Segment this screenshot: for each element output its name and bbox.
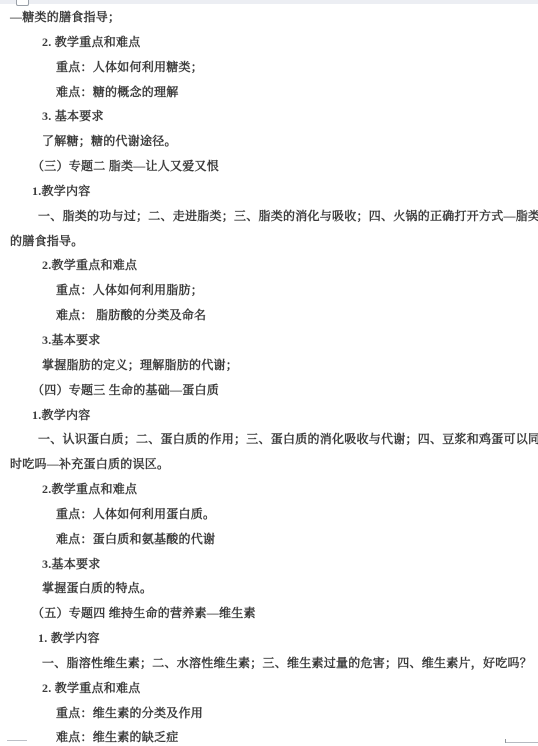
text-line: 1.教学内容: [0, 403, 538, 428]
text-line: 1. 教学内容: [0, 626, 538, 651]
text-line: 一、脂类的功与过；二、走进脂类；三、脂类的消化与吸收；四、火锅的正确打开方式—脂…: [0, 204, 538, 229]
text-line: 3.基本要求: [0, 552, 538, 577]
document-lines: —糖类的膳食指导；2. 教学重点和难点重点：人体如何利用糖类；难点：糖的概念的理…: [0, 5, 538, 746]
text-line: —糖类的膳食指导；: [0, 5, 538, 30]
text-line: 难点：糖的概念的理解: [0, 80, 538, 105]
text-line: 掌握脂肪的定义；理解脂肪的代谢；: [0, 353, 538, 378]
text-line: 1.教学内容: [0, 179, 538, 204]
text-line: 2.教学重点和难点: [0, 253, 538, 278]
text-line: 2.教学重点和难点: [0, 477, 538, 502]
text-line: 重点：维生素的分类及作用: [0, 701, 538, 726]
margin-crop-mark-bottom-right: [505, 742, 538, 743]
text-line: （三）专题二 脂类—让人又爱又恨: [0, 154, 538, 179]
text-line: 重点：人体如何利用脂肪；: [0, 278, 538, 303]
text-line: 2. 教学重点和难点: [0, 676, 538, 701]
text-line: 一、脂溶性维生素；二、水溶性维生素；三、维生素过量的危害；四、维生素片，好吃吗？: [0, 651, 538, 676]
text-line: 时吃吗—补充蛋白质的误区。: [0, 452, 538, 477]
document-page: —糖类的膳食指导；2. 教学重点和难点重点：人体如何利用糖类；难点：糖的概念的理…: [0, 0, 538, 746]
text-line: （四）专题三 生命的基础—蛋白质: [0, 378, 538, 403]
text-line: 难点：蛋白质和氨基酸的代谢: [0, 527, 538, 552]
margin-crop-mark-bottom-left: [7, 740, 27, 741]
text-line: 难点：维生素的缺乏症: [0, 725, 538, 746]
text-line: 重点：人体如何利用糖类；: [0, 55, 538, 80]
text-line: 2. 教学重点和难点: [0, 30, 538, 55]
text-line: 一、认识蛋白质；二、蛋白质的作用；三、蛋白质的消化吸收与代谢；四、豆浆和鸡蛋可以…: [0, 427, 538, 452]
text-line: 重点：人体如何利用蛋白质。: [0, 502, 538, 527]
text-line: 了解糖；糖的代谢途径。: [0, 129, 538, 154]
text-line: 掌握蛋白质的特点。: [0, 576, 538, 601]
text-line: （五）专题四 维持生命的营养素—维生素: [0, 601, 538, 626]
text-line: 3. 基本要求: [0, 104, 538, 129]
margin-crop-mark-bottom-right-tick: [505, 739, 506, 743]
text-line: 难点： 脂肪酸的分类及命名: [0, 303, 538, 328]
text-line: 3.基本要求: [0, 328, 538, 353]
text-line: 的膳食指导。: [0, 229, 538, 254]
